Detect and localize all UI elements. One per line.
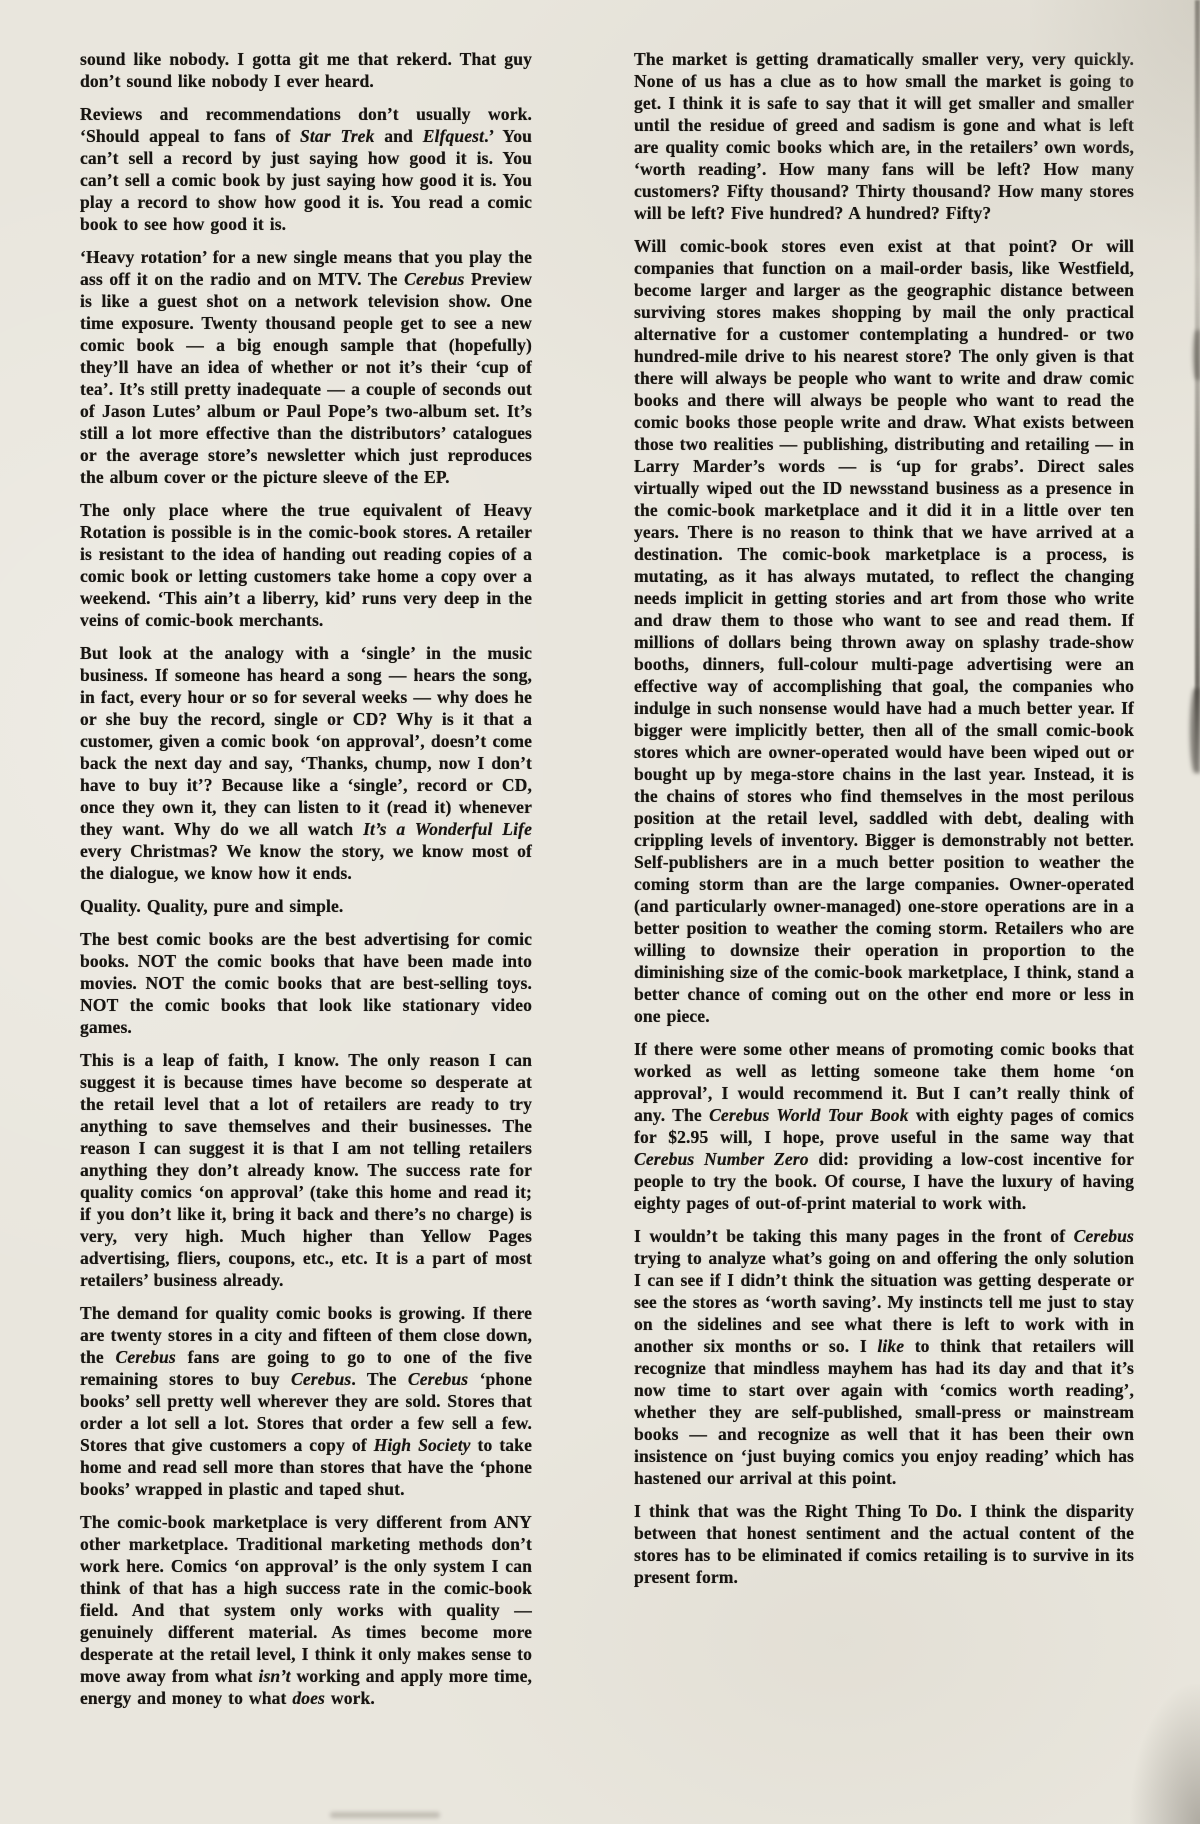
- italic-text: Cerebus: [404, 269, 464, 289]
- text-column-right: The market is getting dramatically small…: [634, 48, 1134, 1599]
- paragraph: I wouldn’t be taking this many pages in …: [634, 1225, 1134, 1489]
- text: every Christmas? We know the story, we k…: [80, 841, 532, 883]
- italic-text: Cerebus: [408, 1369, 468, 1389]
- paragraph: This is a leap of faith, I know. The onl…: [80, 1049, 532, 1291]
- paragraph: Quality. Quality, pure and simple.: [80, 895, 532, 917]
- paragraph: The market is getting dramatically small…: [634, 48, 1134, 224]
- scan-artifact-right-blob-lower: [1190, 688, 1200, 773]
- italic-text: isn’t: [258, 1666, 290, 1686]
- text: The best comic books are the best advert…: [80, 929, 532, 1037]
- text: Preview is like a guest shot on a networ…: [80, 269, 532, 487]
- text: I think that was the Right Thing To Do. …: [634, 1501, 1134, 1587]
- italic-text: It’s a Wonderful Life: [363, 819, 532, 839]
- scanned-page: sound like nobody. I gotta git me that r…: [0, 0, 1200, 1824]
- text: The market is getting dramatically small…: [634, 49, 1134, 223]
- text: and: [374, 126, 422, 146]
- italic-text: Cerebus Number Zero: [634, 1149, 809, 1169]
- paragraph: But look at the analogy with a ‘single’ …: [80, 642, 532, 884]
- text: Quality. Quality, pure and simple.: [80, 896, 343, 916]
- paragraph: The only place where the true equivalent…: [80, 499, 532, 631]
- text: work.: [325, 1688, 375, 1708]
- paragraph: Reviews and recommendations don’t usuall…: [80, 103, 532, 235]
- paragraph: The comic-book marketplace is very diffe…: [80, 1511, 532, 1709]
- text: This is a leap of faith, I know. The onl…: [80, 1050, 532, 1290]
- paragraph: Will comic-book stores even exist at tha…: [634, 235, 1134, 1027]
- paragraph: The demand for quality comic books is gr…: [80, 1302, 532, 1500]
- scan-artifact-corner-shadow: [1130, 1684, 1200, 1824]
- italic-text: Cerebus: [116, 1347, 176, 1367]
- italic-text: like: [877, 1336, 904, 1356]
- text: . The: [351, 1369, 408, 1389]
- italic-text: Cerebus: [291, 1369, 351, 1389]
- scan-artifact-bottom-smudge: [330, 1812, 440, 1818]
- text: The comic-book marketplace is very diffe…: [80, 1512, 532, 1686]
- paragraph: If there were some other means of promot…: [634, 1038, 1134, 1214]
- italic-text: Cerebus: [1074, 1226, 1134, 1246]
- italic-text: High Society: [374, 1435, 471, 1455]
- paragraph: sound like nobody. I gotta git me that r…: [80, 48, 532, 92]
- scan-artifact-right-blob-upper: [1193, 330, 1200, 380]
- text: Will comic-book stores even exist at tha…: [634, 236, 1134, 1026]
- text: sound like nobody. I gotta git me that r…: [80, 49, 532, 91]
- text: But look at the analogy with a ‘single’ …: [80, 643, 532, 839]
- scan-artifact-right-edge-streak: [1195, 0, 1200, 775]
- text: to think that retailers will recognize t…: [634, 1336, 1134, 1488]
- text-column-left: sound like nobody. I gotta git me that r…: [80, 48, 532, 1720]
- italic-text: does: [292, 1688, 325, 1708]
- italic-text: Cerebus World Tour Book: [709, 1105, 909, 1125]
- text: The only place where the true equivalent…: [80, 500, 532, 630]
- italic-text: Star Trek: [300, 126, 374, 146]
- italic-text: Elfquest: [423, 126, 484, 146]
- paragraph: ‘Heavy rotation’ for a new single means …: [80, 246, 532, 488]
- paragraph: I think that was the Right Thing To Do. …: [634, 1500, 1134, 1588]
- text: I wouldn’t be taking this many pages in …: [634, 1226, 1074, 1246]
- paragraph: The best comic books are the best advert…: [80, 928, 532, 1038]
